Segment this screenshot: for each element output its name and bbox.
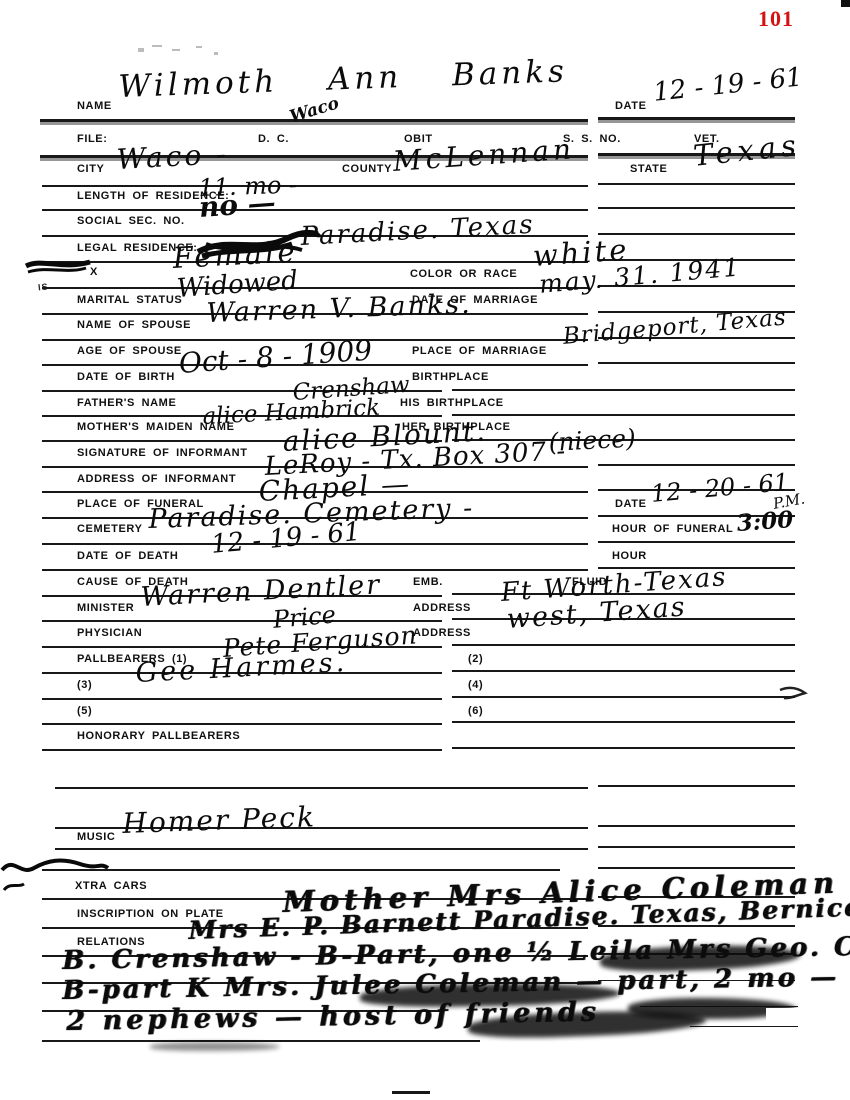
date-of-birth-value: Oct - 8 - 1909 [178, 337, 373, 378]
hour-of-funeral-label: HOUR OF FUNERAL [612, 523, 733, 535]
ruled-line [42, 287, 588, 289]
ruled-line [598, 183, 795, 185]
ruled-line [598, 541, 795, 543]
pallbearer-4-label: (4) [468, 679, 483, 691]
honorary-pallbearers-label: HONORARY PALLBEARERS [77, 730, 240, 742]
ruled-line [392, 1091, 430, 1094]
ruled-line [598, 464, 795, 466]
scanned-funeral-record-form: 101 NAME Wilmoth Ann Banks DATE 12 - 19 … [0, 0, 850, 1100]
scan-speck [138, 48, 144, 52]
scan-corner-mark [841, 0, 850, 7]
county-label: COUNTY [342, 163, 392, 175]
city-value: Waco - [116, 140, 229, 174]
ruled-line [42, 698, 442, 700]
emb-label: EMB. [413, 576, 443, 588]
birthplace-label: BIRTHPLACE [412, 371, 489, 383]
ruled-line [55, 787, 588, 789]
age-of-spouse-label: AGE OF SPOUSE [77, 345, 182, 357]
minister-label: MINISTER [77, 602, 134, 614]
name-of-spouse-label: NAME OF SPOUSE [77, 319, 191, 331]
ink-smear [150, 1042, 280, 1051]
pallbearer-6-label: (6) [468, 705, 483, 717]
ruled-line [598, 117, 795, 120]
pallbearer-3-label: (3) [77, 679, 92, 691]
fathers-name-label: FATHER'S NAME [77, 397, 176, 409]
legal-residence-value: Paradise. Texas [300, 212, 535, 250]
ruled-line [55, 848, 588, 850]
scratch-out-mark [24, 254, 96, 278]
ruled-line [452, 670, 795, 672]
ruled-line [452, 389, 795, 391]
minister-address-label: ADDRESS [413, 602, 471, 614]
xtra-cars-label: XTRA CARS [75, 880, 147, 892]
state-label: STATE [630, 163, 667, 175]
date-label: DATE [615, 100, 647, 112]
ruled-line [42, 723, 442, 725]
dc-label: D. C. [258, 133, 289, 145]
marital-status-label: MARITAL STATUS [77, 294, 182, 306]
date-value: 12 - 19 - 61 [652, 64, 804, 106]
state-value: Texas [692, 131, 802, 171]
ruled-line [452, 414, 795, 416]
place-of-marriage-label: PLACE OF MARRIAGE [412, 345, 547, 357]
hour-of-funeral-meridiem: P.M. [772, 491, 806, 511]
ruled-line [42, 569, 588, 571]
signature-of-informant-label: SIGNATURE OF INFORMANT [77, 447, 248, 459]
scan-speck [214, 52, 218, 55]
scan-speck [196, 46, 202, 48]
scan-whiteout [766, 1008, 826, 1024]
file-label: FILE: [77, 133, 108, 145]
sex-label: X [90, 266, 98, 278]
address-of-informant-label: ADDRESS OF INFORMANT [77, 473, 236, 485]
ruled-line [42, 620, 442, 622]
physician-label: PHYSICIAN [77, 627, 142, 639]
cemetery-label: CEMETERY [77, 523, 143, 535]
ruled-line [598, 785, 795, 787]
stray-pen-mark [778, 684, 808, 702]
name-value: Wilmoth Ann Banks [118, 56, 568, 103]
ruled-line [42, 185, 588, 187]
funeral-date-label: DATE [615, 498, 647, 510]
name-of-spouse-value: Warren V. Banks. [206, 291, 472, 327]
music-label: MUSIC [77, 831, 115, 843]
ruled-line [598, 846, 795, 848]
funeral-date-value: 12 - 20 - 61 [650, 470, 790, 506]
hour-label: HOUR [612, 550, 647, 562]
ruled-line [42, 869, 560, 871]
ruled-line [42, 261, 588, 263]
scan-speck [172, 49, 180, 51]
ruled-line [452, 644, 795, 646]
page-number: 101 [758, 6, 794, 32]
physician-address-label: ADDRESS [413, 627, 471, 639]
ruled-line [452, 696, 795, 698]
ruled-line [452, 721, 795, 723]
ruled-line [598, 825, 795, 827]
pallbearer-5-label: (5) [77, 705, 92, 717]
date-of-death-label: DATE OF DEATH [77, 550, 178, 562]
scan-whiteout [706, 1028, 806, 1052]
ruled-line [598, 207, 795, 209]
social-sec-no-label: SOCIAL SEC. NO. [77, 215, 185, 227]
city-label: CITY [77, 163, 104, 175]
his-birthplace-label: HIS BIRTHPLACE [400, 397, 504, 409]
color-or-race-label: COLOR OR RACE [410, 268, 517, 280]
name-label: NAME [77, 100, 112, 112]
scan-speck [152, 45, 162, 47]
ruled-line [42, 749, 442, 751]
social-sec-no-value: no — [198, 189, 277, 222]
ruled-line [42, 1040, 480, 1042]
ruled-line [690, 1026, 798, 1027]
date-of-birth-label: DATE OF BIRTH [77, 371, 175, 383]
music-value: Homer Peck [122, 803, 316, 838]
hour-of-funeral-value: 3:00 [736, 508, 794, 535]
ruled-line [452, 747, 795, 749]
pallbearer-2-label: (2) [468, 653, 483, 665]
ruled-line [598, 362, 795, 364]
